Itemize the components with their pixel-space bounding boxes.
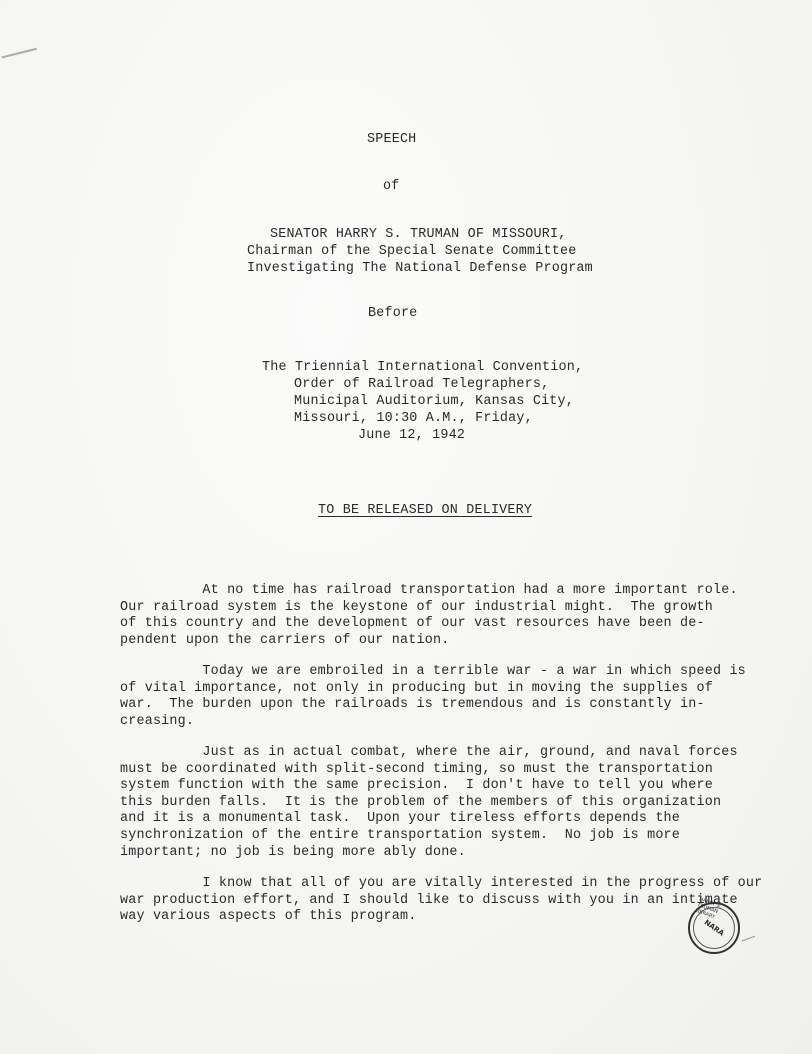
- venue-line: Order of Railroad Telegraphers,: [294, 377, 549, 393]
- paragraph-line: important; no job is being more ably don…: [120, 845, 800, 862]
- venue-date: June 12, 1942: [358, 428, 465, 444]
- paragraph-line: of vital importance, not only in produci…: [120, 681, 800, 698]
- paragraph: At no time has railroad transportation h…: [120, 583, 800, 649]
- paragraph-line: Our railroad system is the keystone of o…: [120, 600, 800, 617]
- paragraph-line: war. The burden upon the railroads is tr…: [120, 697, 800, 714]
- paragraph-line: must be coordinated with split-second ti…: [120, 762, 800, 779]
- paragraph-line: synchronization of the entire transporta…: [120, 828, 800, 845]
- paragraph-line: Just as in actual combat, where the air,…: [120, 745, 800, 762]
- speaker-name: SENATOR HARRY S. TRUMAN OF MISSOURI,: [270, 227, 567, 243]
- paragraph-line: I know that all of you are vitally inter…: [120, 876, 800, 893]
- pencil-mark: [2, 48, 39, 64]
- venue-line: Missouri, 10:30 A.M., Friday,: [294, 411, 533, 427]
- paragraph: Today we are embroiled in a terrible war…: [120, 664, 800, 730]
- release-note: TO BE RELEASED ON DELIVERY: [318, 503, 532, 519]
- venue-line: The Triennial International Convention,: [262, 360, 583, 376]
- ink-smudge: [742, 936, 757, 945]
- document-title: SPEECH: [367, 132, 416, 148]
- speaker-role-line2: Investigating The National Defense Progr…: [247, 261, 593, 277]
- paragraph-line: of this country and the development of o…: [120, 616, 800, 633]
- paragraph-line: this burden falls. It is the problem of …: [120, 795, 800, 812]
- document-page: SPEECH of SENATOR HARRY S. TRUMAN OF MIS…: [0, 0, 812, 1054]
- venue-line: Municipal Auditorium, Kansas City,: [294, 394, 574, 410]
- archive-stamp-icon: HARRY S. TRUMAN LIBRARY NARA: [688, 902, 740, 954]
- paragraph-line: At no time has railroad transportation h…: [120, 583, 800, 600]
- paragraph-line: and it is a monumental task. Upon your t…: [120, 811, 800, 828]
- before-label: Before: [368, 306, 417, 322]
- paragraph-line: pendent upon the carriers of our nation.: [120, 633, 800, 650]
- title-of: of: [383, 179, 399, 195]
- paragraph-line: system function with the same precision.…: [120, 778, 800, 795]
- paragraph-line: creasing.: [120, 714, 800, 731]
- speaker-role-line1: Chairman of the Special Senate Committee: [247, 244, 576, 260]
- paragraph: Just as in actual combat, where the air,…: [120, 745, 800, 861]
- paragraph-line: Today we are embroiled in a terrible war…: [120, 664, 800, 681]
